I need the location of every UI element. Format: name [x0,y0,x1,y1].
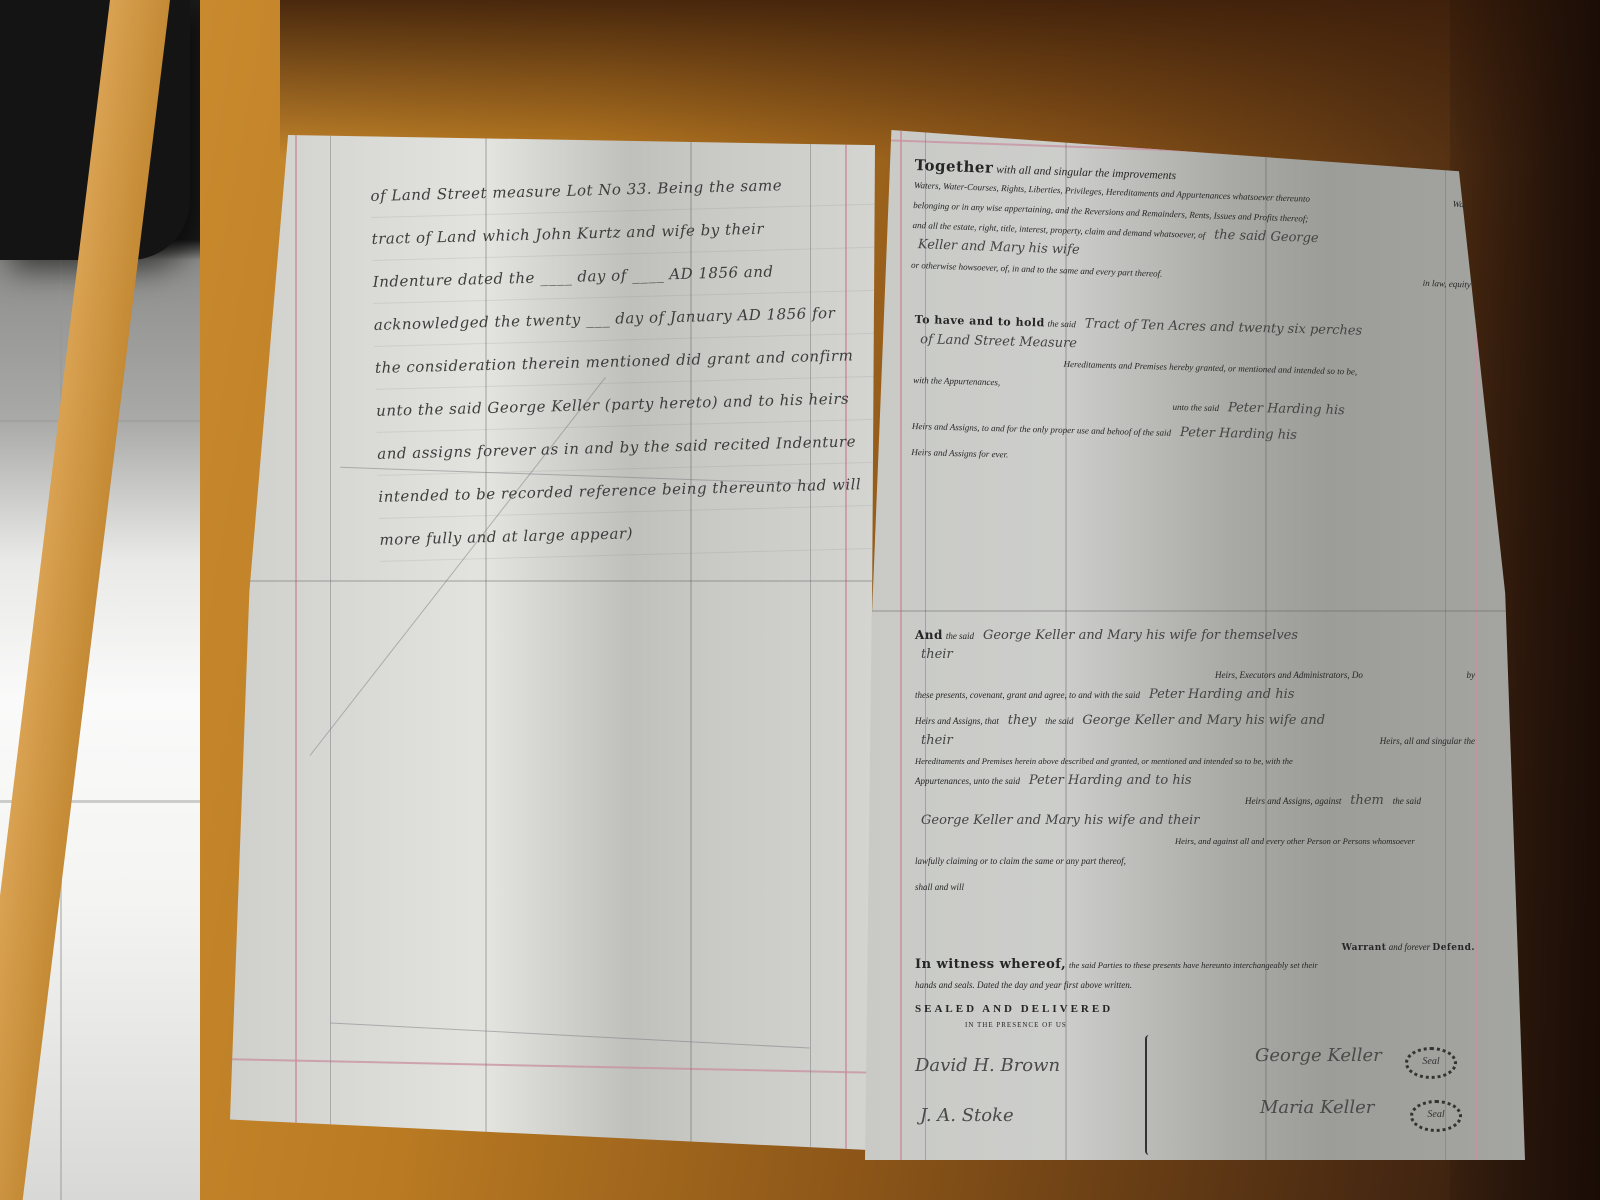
clause-text: Hereditaments and Premises hereby grante… [1064,359,1358,377]
handwritten-entry: of Land Street Measure [920,332,1077,351]
warrant-defend-text: Warrant and forever Defend. [1342,937,1475,958]
witness-signature: J. A. Stoke [920,1105,1014,1126]
clause-text: the said [1045,716,1073,726]
presence-label: IN THE PRESENCE OF US [965,1021,1067,1029]
clause-text: and forever [1389,942,1430,952]
clause-text: Ways, [1452,194,1474,215]
handwritten-entry: Peter Harding and to his [1029,773,1192,788]
warranty-heading: And [915,628,943,642]
clause-text: hands and seals. Dated the day and year … [915,980,1132,990]
handwritten-entry: Peter Harding and his [1149,687,1295,702]
bracket [1145,1035,1155,1155]
clause-text: Hereditaments and Premises herein above … [915,756,1293,766]
handwritten-entry: Keller and Mary his wife [918,237,1080,258]
clause-text: lawfully claiming or to claim the same o… [915,856,1126,866]
habendum-clause: To have and to hold the said Tract of Te… [911,310,1475,477]
handwritten-entry: they [1008,713,1037,728]
signature-block: David H. Brown J. A. Stoke George Keller… [915,1035,1475,1155]
clause-text: by [1467,665,1476,685]
seal-icon: Seal [1405,1047,1457,1079]
clause-text: in law, equity [1422,273,1471,295]
clause-text: Heirs and Assigns, to and for the only p… [912,421,1171,438]
handwritten-description: of Land Street measure Lot No 33. Being … [370,161,900,561]
witness-signature: David H. Brown [915,1055,1060,1076]
clause-text: Appurtenances, unto the said [915,776,1020,786]
grantor-signature: Maria Keller [1260,1097,1374,1118]
together-heading: Together [914,156,993,177]
clause-text: unto the said [1172,402,1219,413]
deed-right-page: Together with all and singular the impro… [865,130,1525,1160]
handwritten-entry: their [921,733,953,748]
habendum-heading: To have and to hold [915,313,1045,329]
clause-text: the said [1393,796,1421,806]
handwritten-entry: Peter Harding his [1180,425,1297,443]
clause-text: shall and will [915,882,964,892]
clause-text: Heirs and Assigns for ever. [911,447,1008,460]
clause-text: these presents, covenant, grant and agre… [915,690,1140,700]
warranty-clause: And the said George Keller and Mary his … [915,625,1475,897]
seal-icon: Seal [1410,1100,1462,1132]
land-deed-document: of Land Street measure Lot No 33. Being … [175,135,1525,1150]
handwritten-entry: George Keller and Mary his wife and thei… [921,813,1200,828]
deed-left-page: of Land Street measure Lot No 33. Being … [230,135,875,1150]
warrant-word: Warrant [1342,943,1387,953]
clause-text: the said [946,631,974,641]
grantor-signature: George Keller [1255,1045,1382,1066]
handwritten-entry: George Keller and Mary his wife for them… [983,628,1298,643]
together-clause: Together with all and singular the impro… [911,155,1475,294]
testimonium-heading: In witness whereof, [915,957,1066,972]
testimonium-clause: In witness whereof, the said Parties to … [915,955,1475,1029]
clause-text: Heirs, and against all and every other P… [1175,836,1415,846]
clause-text: Heirs and Assigns, that [915,716,999,726]
clause-text: the said Parties to these presents have … [1069,960,1318,970]
clause-text: with the Appurtenances, [913,375,1000,387]
clause-text: the said [1047,318,1076,329]
defend-word: Defend. [1432,943,1475,953]
handwritten-entry: the said George [1214,227,1319,246]
sealed-delivered-label: SEALED AND DELIVERED [915,1003,1113,1015]
clause-text: Heirs, all and singular the [1380,731,1475,751]
clause-text: or otherwise howsoever, of, in and to th… [911,260,1163,279]
handwritten-entry: them [1350,793,1384,808]
clause-text: Heirs, Executors and Administrators, Do [1215,670,1363,680]
clause-text: Heirs and Assigns, against [1245,796,1341,806]
handwritten-entry: George Keller and Mary his wife and [1082,713,1325,728]
handwritten-entry: Peter Harding his [1228,400,1345,418]
handwritten-entry: their [921,647,953,662]
